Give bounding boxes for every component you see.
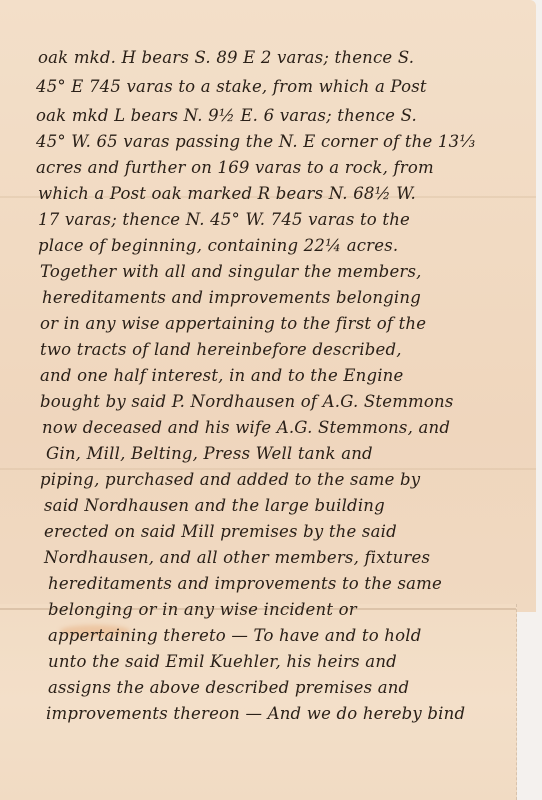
- text-line: 45° W. 65 varas passing the N. E corner …: [36, 132, 476, 151]
- text-line: oak mkd. H bears S. 89 E 2 varas; thence…: [38, 48, 414, 67]
- text-line: hereditaments and improvements belonging: [42, 288, 421, 307]
- text-line: assigns the above described premises and: [48, 678, 409, 697]
- text-line: acres and further on 169 varas to a rock…: [36, 158, 434, 177]
- text-line: appertaining thereto — To have and to ho…: [48, 626, 422, 645]
- text-line: piping, purchased and added to the same …: [40, 470, 420, 489]
- text-line: hereditaments and improvements to the sa…: [48, 574, 442, 593]
- text-line: and one half interest, in and to the Eng…: [40, 366, 403, 385]
- text-line: place of beginning, containing 22¼ acres…: [38, 236, 398, 255]
- text-line: bought by said P. Nordhausen of A.G. Ste…: [40, 392, 454, 411]
- text-line: erected on said Mill premises by the sai…: [44, 522, 397, 541]
- text-line: 45° E 745 varas to a stake, from which a…: [36, 77, 427, 96]
- text-line: oak mkd L bears N. 9½ E. 6 varas; thence…: [36, 106, 417, 125]
- text-line: Gin, Mill, Belting, Press Well tank and: [46, 444, 373, 463]
- text-line: 17 varas; thence N. 45° W. 745 varas to …: [38, 210, 410, 229]
- text-line: unto the said Emil Kuehler, his heirs an…: [48, 652, 397, 671]
- text-line: belonging or in any wise incident or: [48, 600, 357, 619]
- text-line: Nordhausen, and all other members, fixtu…: [44, 548, 430, 567]
- text-line: now deceased and his wife A.G. Stemmons,…: [42, 418, 450, 437]
- text-line: Together with all and singular the membe…: [40, 262, 422, 281]
- text-line: which a Post oak marked R bears N. 68½ W…: [38, 184, 416, 203]
- document-page: oak mkd. H bears S. 89 E 2 varas; thence…: [0, 0, 542, 800]
- text-line: two tracts of land hereinbefore describe…: [40, 340, 402, 359]
- text-line: said Nordhausen and the large building: [44, 496, 385, 515]
- text-line: or in any wise appertaining to the first…: [40, 314, 426, 333]
- text-line: improvements thereon — And we do hereby …: [46, 704, 465, 723]
